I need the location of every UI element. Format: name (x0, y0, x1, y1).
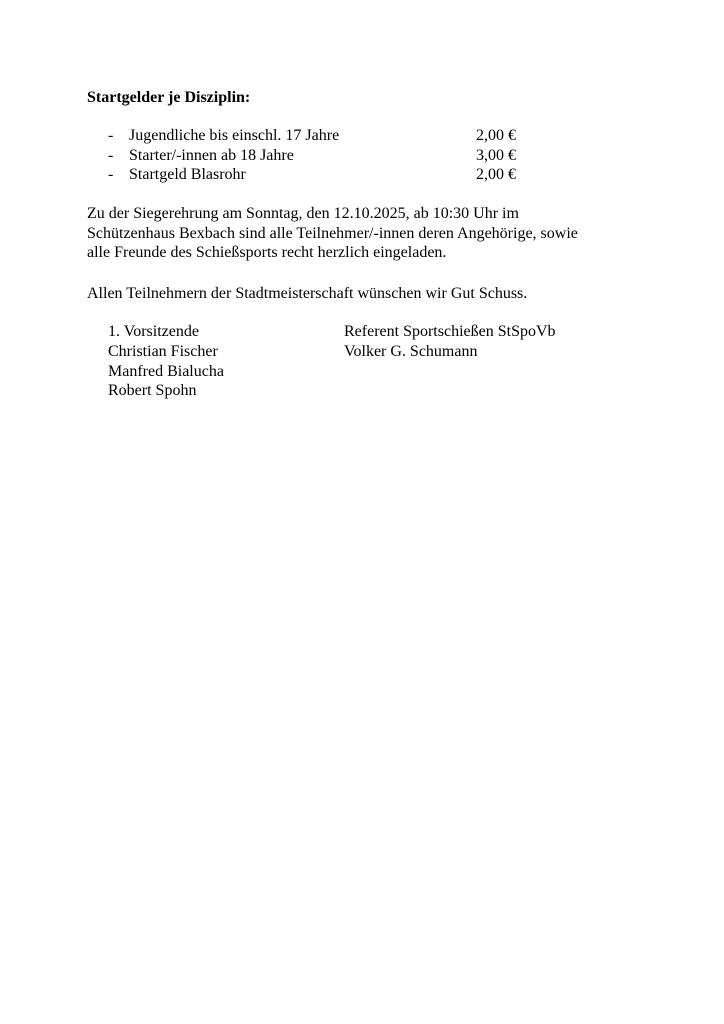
signature-role: 1. Vorsitzende (108, 322, 224, 342)
fee-amount: 3,00 € (476, 146, 516, 166)
signature-name: Manfred Bialucha (108, 362, 224, 382)
fee-item: - Starter/-innen ab 18 Jahre 3,00 € (0, 146, 724, 166)
paragraph-line: Allen Teilnehmern der Stadtmeisterschaft… (87, 284, 647, 304)
fee-amount: 2,00 € (476, 126, 516, 146)
paragraph-line: alle Freunde des Schießsports recht herz… (87, 243, 647, 263)
list-bullet: - (108, 146, 113, 166)
fee-item: - Startgeld Blasrohr 2,00 € (0, 165, 724, 185)
list-bullet: - (108, 126, 113, 146)
ceremony-paragraph: Zu der Siegerehrung am Sonntag, den 12.1… (87, 204, 647, 263)
signature-left: 1. Vorsitzende Christian Fischer Manfred… (108, 322, 224, 401)
fees-heading: Startgelder je Disziplin: (87, 88, 250, 107)
fee-list: - Jugendliche bis einschl. 17 Jahre 2,00… (0, 126, 724, 185)
document-page: Startgelder je Disziplin: - Jugendliche … (0, 0, 724, 1024)
list-bullet: - (108, 165, 113, 185)
signature-name: Christian Fischer (108, 342, 224, 362)
signature-role: Referent Sportschießen StSpoVb (344, 322, 556, 342)
fee-label: Starter/-innen ab 18 Jahre (129, 146, 294, 166)
signature-name: Robert Spohn (108, 381, 224, 401)
fee-item: - Jugendliche bis einschl. 17 Jahre 2,00… (0, 126, 724, 146)
paragraph-line: Zu der Siegerehrung am Sonntag, den 12.1… (87, 204, 647, 224)
signature-name: Volker G. Schumann (344, 342, 556, 362)
signature-right: Referent Sportschießen StSpoVb Volker G.… (344, 322, 556, 362)
fee-label: Jugendliche bis einschl. 17 Jahre (129, 126, 339, 146)
paragraph-line: Schützenhaus Bexbach sind alle Teilnehme… (87, 224, 647, 244)
fee-amount: 2,00 € (476, 165, 516, 185)
fee-label: Startgeld Blasrohr (129, 165, 246, 185)
wishes-paragraph: Allen Teilnehmern der Stadtmeisterschaft… (87, 284, 647, 304)
